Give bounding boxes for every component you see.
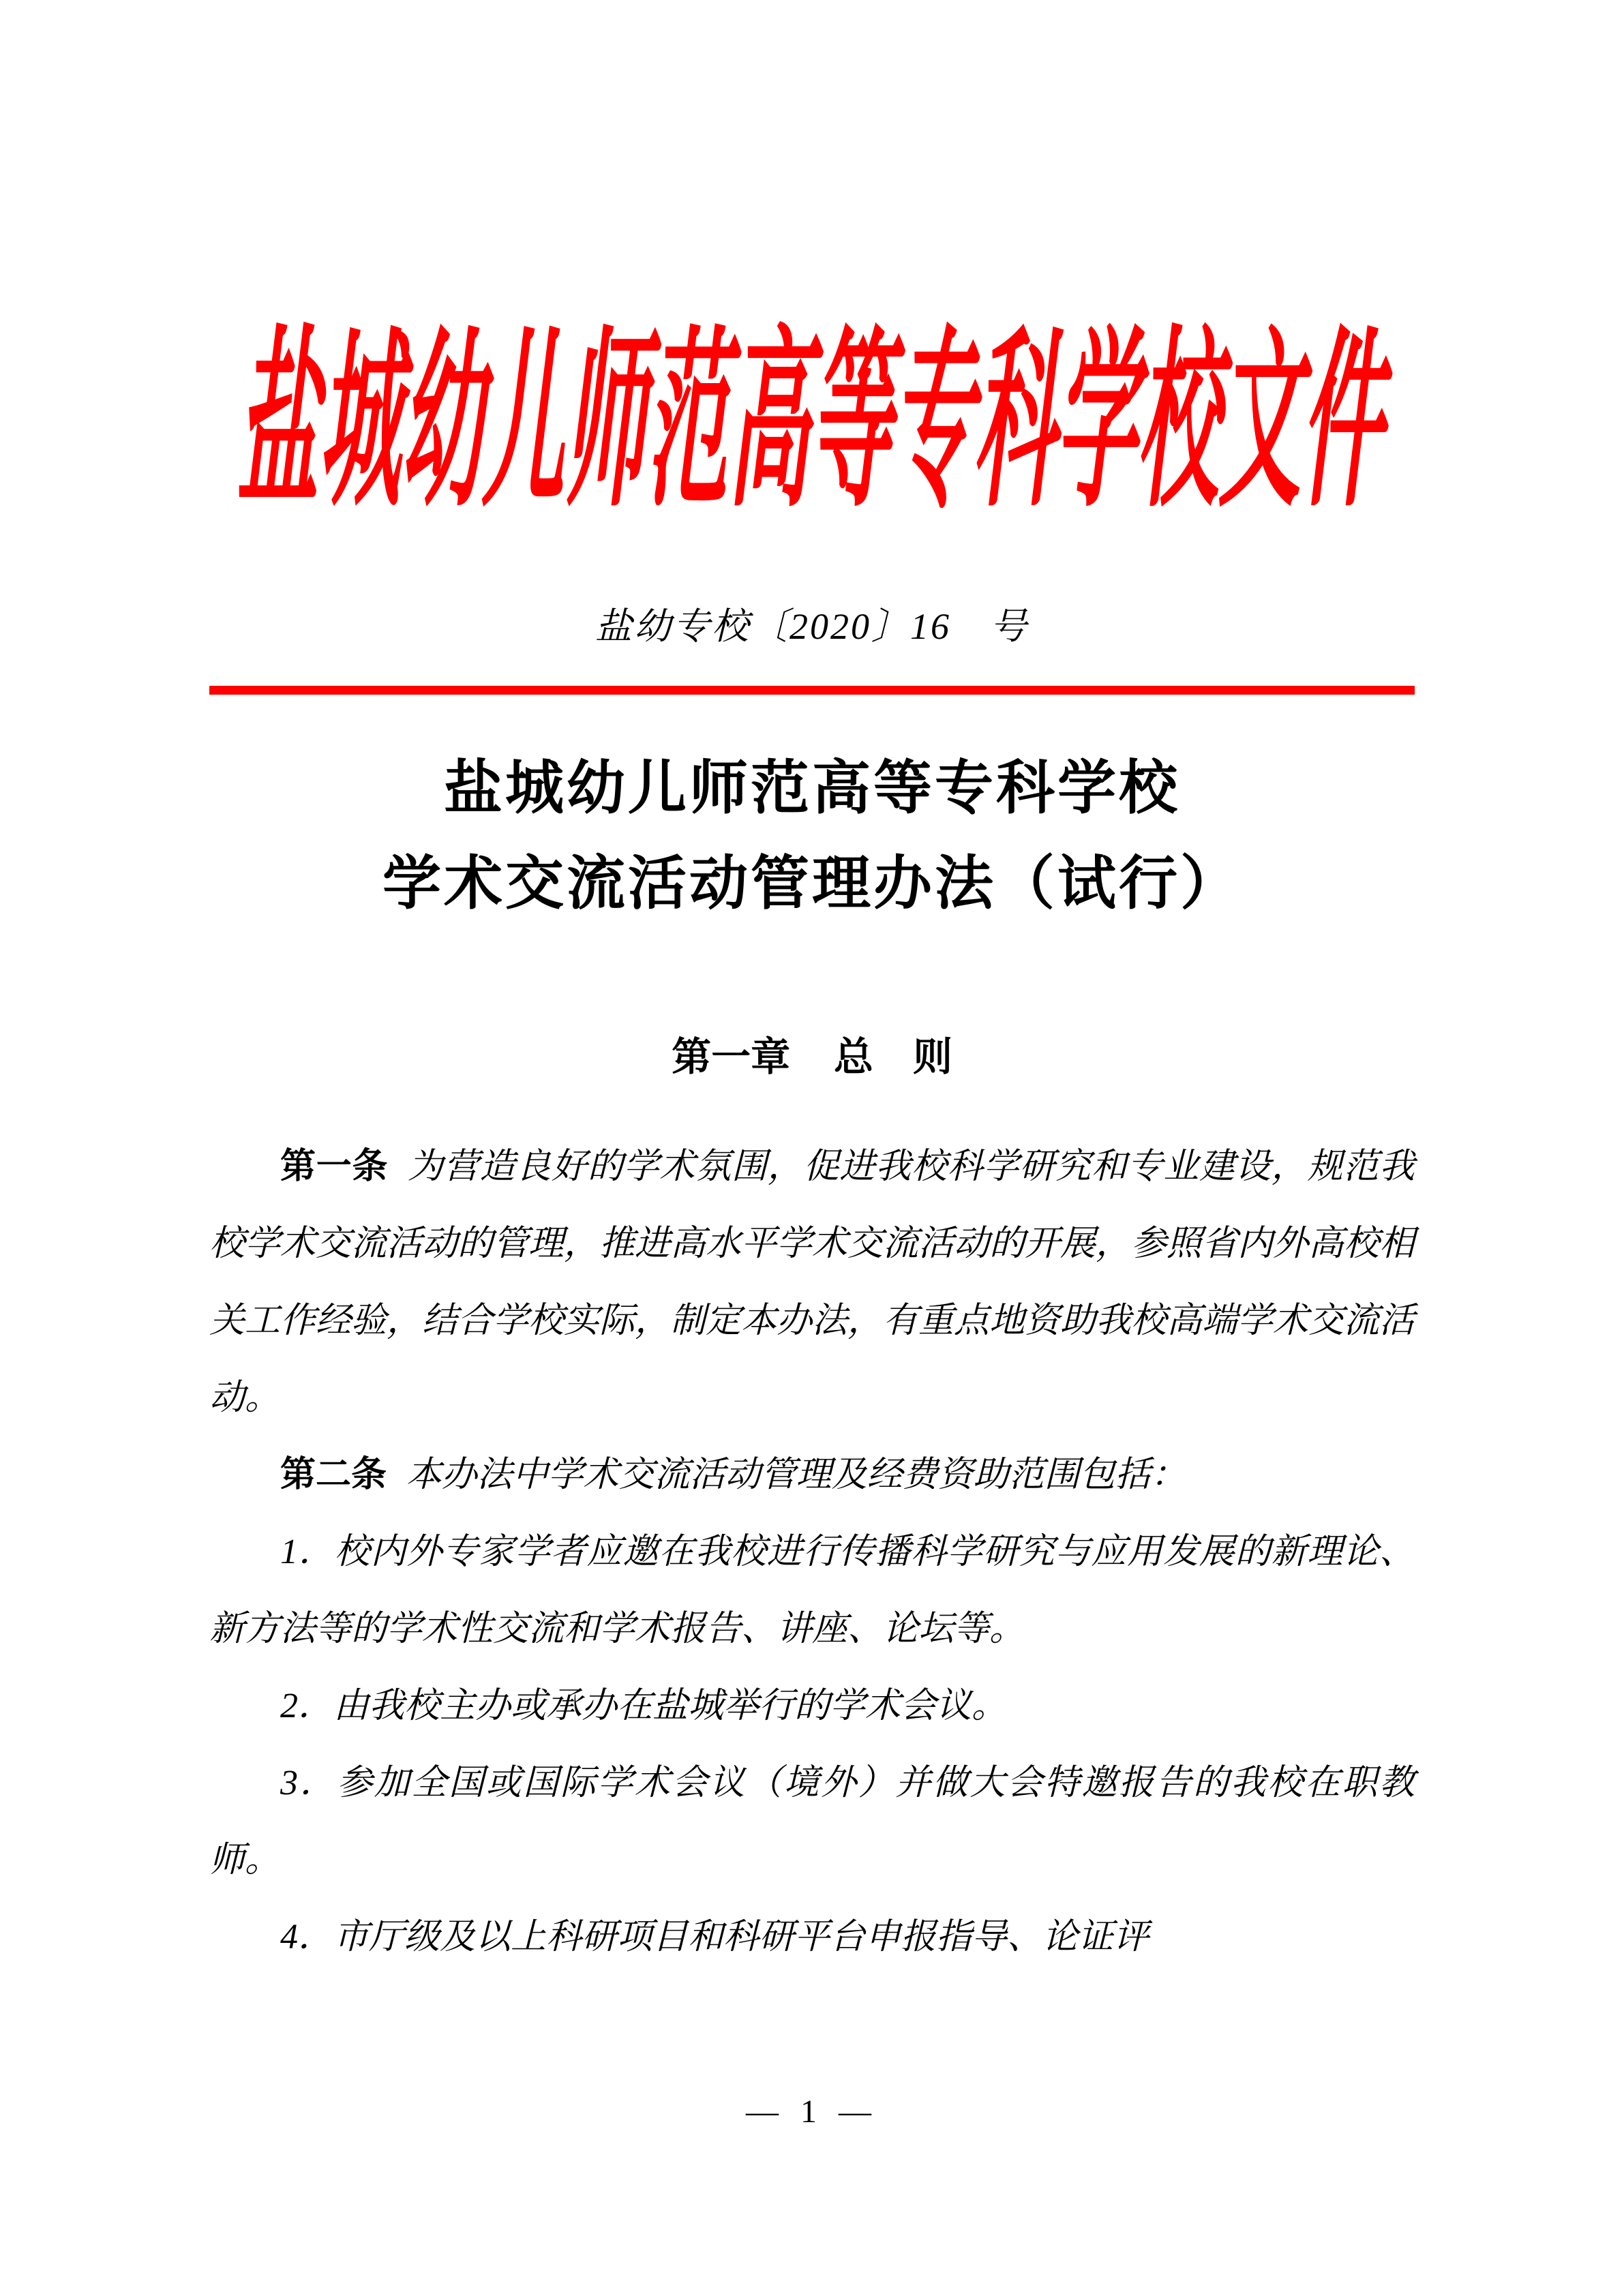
- paragraph-item-1: 1．校内外专家学者应邀在我校进行传播科学研究与应用发展的新理论、新方法等的学术性…: [209, 1513, 1415, 1667]
- item-3-text: 3．参加全国或国际学术会议（境外）并做大会特邀报告的我校在职教师。: [209, 1764, 1415, 1879]
- chapter-name: 总 则: [834, 1035, 952, 1079]
- clause-2-label: 第二条: [280, 1455, 387, 1494]
- letterhead-title: 盐城幼儿师范高等专科学校文件: [237, 327, 1385, 519]
- paragraph-item-3: 3．参加全国或国际学术会议（境外）并做大会特邀报告的我校在职教师。: [209, 1744, 1415, 1899]
- red-divider-rule: [209, 686, 1415, 695]
- document-title: 盐城幼儿师范高等专科学校 学术交流活动管理办法（试行）: [0, 740, 1624, 931]
- chapter-heading: 第一章总 则: [0, 1021, 1624, 1093]
- clause-1-label: 第一条: [280, 1147, 388, 1186]
- item-4-text: 4．市厅级及以上科研项目和科研平台申报指导、论证评: [280, 1918, 1149, 1957]
- body-text: 第一条为营造良好的学术氛围，促进我校科学研究和专业建设，规范我校学术交流活动的管…: [209, 1128, 1415, 1976]
- letterhead-banner: 盐城幼儿师范高等专科学校文件: [0, 327, 1624, 409]
- page-number: — 1 —: [0, 2085, 1624, 2139]
- document-title-line2: 学术交流活动管理办法（试行）: [0, 836, 1624, 931]
- clause-1-text: 为营造良好的学术氛围，促进我校科学研究和专业建设，规范我校学术交流活动的管理，推…: [209, 1147, 1415, 1417]
- paragraph-item-2: 2．由我校主办或承办在盐城举行的学术会议。: [209, 1667, 1415, 1744]
- paragraph-item-4: 4．市厅级及以上科研项目和科研平台申报指导、论证评: [209, 1899, 1415, 1976]
- chapter-number: 第一章: [672, 1035, 790, 1079]
- item-1-text: 1．校内外专家学者应邀在我校进行传播科学研究与应用发展的新理论、新方法等的学术性…: [209, 1532, 1415, 1648]
- document-number: 盐幼专校〔2020〕16 号: [0, 603, 1624, 650]
- document-title-line1: 盐城幼儿师范高等专科学校: [0, 740, 1624, 836]
- document-page: 盐城幼儿师范高等专科学校文件 盐幼专校〔2020〕16 号 盐城幼儿师范高等专科…: [0, 0, 1624, 2296]
- clause-2-text: 本办法中学术交流活动管理及经费资助范围包括：: [406, 1455, 1186, 1494]
- paragraph-clause-1: 第一条为营造良好的学术氛围，促进我校科学研究和专业建设，规范我校学术交流活动的管…: [209, 1128, 1415, 1436]
- item-2-text: 2．由我校主办或承办在盐城举行的学术会议。: [280, 1687, 1007, 1725]
- paragraph-clause-2: 第二条本办法中学术交流活动管理及经费资助范围包括：: [209, 1436, 1415, 1513]
